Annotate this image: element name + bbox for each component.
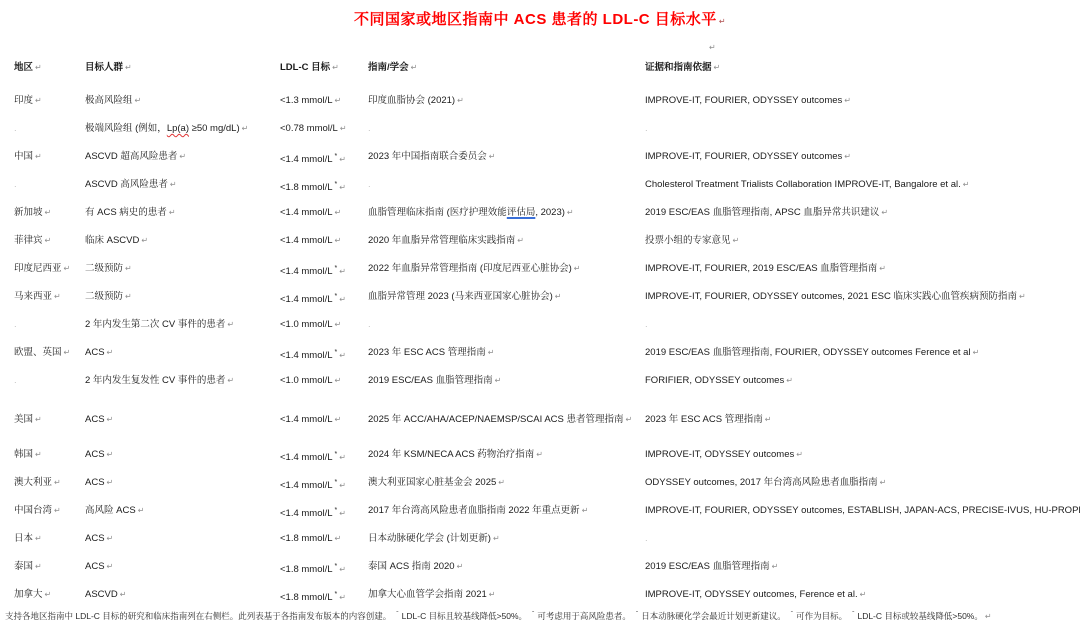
cell-guideline-society: 泰国 ACS 指南 2020↵ [368,561,645,572]
pilcrow-mark: ↵ [574,264,581,273]
cell-target-population: 二级预防↵ [85,263,280,274]
pilcrow-mark: ↵ [35,534,42,543]
cell-guideline-society: 2022 年血脂异常管理指南 (印度尼西亚心脏协会)↵ [368,263,645,274]
table-row: 马来西亚↵ 二级预防↵ <1.4 mmol/L*↵ 血脂异常管理 2023 (马… [14,291,1080,319]
pilcrow-mark: ↵ [335,320,342,329]
table-row: 日本↵ ACS↵ <1.8 mmol/L↵ 日本动脉硬化学会 (计划更新)↵ .… [14,533,1080,561]
cell-guideline-society: 日本动脉硬化学会 (计划更新)↵ [368,533,645,544]
cell-ldl-target: <1.4 mmol/L↵ [280,235,368,246]
cell-region: .↵ [14,179,85,190]
footnote-text: LDL-C 目标且较基线降低>50%。 [402,611,527,621]
pilcrow-mark: ↵ [489,152,496,161]
pilcrow-mark: ↵ [339,295,346,304]
pilcrow-mark: ↵ [227,320,234,329]
pilcrow-mark: ↵ [35,152,42,161]
cell-ldl-target: <1.8 mmol/L*↵ [280,179,368,193]
table-row: 印度尼西亚↵ 二级预防↵ <1.4 mmol/L*↵ 2022 年血脂异常管理指… [14,263,1080,291]
pilcrow-mark: ↵ [125,264,132,273]
cell-target-population: ASCVD↵ [85,589,280,600]
pilcrow-mark: ↵ [107,415,114,424]
footnote-text: LDL-C 目标或较基线降低>50%。 [857,611,982,621]
pilcrow-mark: ↵ [411,63,418,72]
pilcrow-mark: ↵ [335,96,342,105]
cell-guideline-society: 2024 年 KSM/NECA ACS 药物治疗指南↵ [368,449,645,460]
table-row: 印度↵ 极高风险组↵ <1.3 mmol/L↵ 印度血脂协会 (2021)↵ I… [14,95,1080,123]
pilcrow-mark: ↵ [339,453,346,462]
pilcrow-mark: ↵ [179,152,186,161]
pilcrow-mark: ↵ [335,236,342,245]
pilcrow-mark: ↵ [138,506,145,515]
pilcrow-mark: ↵ [714,63,721,72]
table-header-row: 地区↵ 目标人群↵ LDL-C 目标↵ 指南/学会↵ 证据和指南依据↵ [14,62,1080,95]
cell-guideline-society: 2025 年 ACC/AHA/ACEP/NAEMSP/SCAI ACS 患者管理… [368,414,645,425]
pilcrow-mark: ↵ [844,152,851,161]
footnote-text: 可考虑用于高风险患者。 [537,611,631,621]
cell-ldl-target: <1.0 mmol/L↵ [280,375,368,386]
pilcrow-mark: ↵ [54,292,61,301]
table-row: .↵ ASCVD 高风险患者↵ <1.8 mmol/L*↵ .↵ Cholest… [14,179,1080,207]
cell-region: 泰国↵ [14,561,85,572]
ldl-target-table: 地区↵ 目标人群↵ LDL-C 目标↵ 指南/学会↵ 证据和指南依据↵ 印度↵ … [14,62,1080,617]
pilcrow-mark: ↵ [880,478,887,487]
table-row: 新加坡↵ 有 ACS 病史的患者↵ <1.4 mmol/L↵ 血脂管理临床指南 … [14,207,1080,235]
table-row: 欧盟、英国↵ ACS↵ <1.4 mmol/L*↵ 2023 年 ESC ACS… [14,347,1080,375]
cell-ldl-target: <1.4 mmol/L*↵ [280,151,368,165]
cell-guideline-society: 2020 年血脂异常管理临床实践指南↵ [368,235,645,246]
cell-target-population: ACS↵ [85,561,280,572]
cell-evidence: IMPROVE-IT, FOURIER, ODYSSEY outcomes, 2… [645,291,1080,302]
cell-evidence: ODYSSEY outcomes, 2017 年台湾高风险患者血脂指南↵ [645,477,1080,488]
footnote-text: 支持各地区指南中 LDL-C 目标的研究和临床指南列在右侧栏。此列表基于各指南发… [5,611,391,621]
cell-region: 中国↵ [14,151,85,162]
pilcrow-mark: ↵ [35,450,42,459]
cell-guideline-society: .↵ [368,319,645,330]
pilcrow-mark: ↵ [135,96,142,105]
cell-ldl-target: <1.4 mmol/L*↵ [280,449,368,463]
table-row: 中国台湾↵ 高风险 ACS↵ <1.4 mmol/L*↵ 2017 年台湾高风险… [14,505,1080,533]
table-row: 中国↵ ASCVD 超高风险患者↵ <1.4 mmol/L*↵ 2023 年中国… [14,151,1080,179]
pilcrow-mark: ↵ [495,376,502,385]
cell-region: 加拿大↵ [14,589,85,600]
document-page: 不同国家或地区指南中 ACS 患者的 LDL-C 目标水平↵ ↵ 地区↵ 目标人… [0,0,1080,629]
pilcrow-mark: ↵ [517,236,524,245]
pilcrow-mark: ↵ [125,292,132,301]
pilcrow-mark: ↵ [719,17,726,26]
cell-target-population: 2 年内发生第二次 CV 事件的患者↵ [85,319,280,330]
footnote-text: 日本动脉硬化学会最近计划更新建议。 [641,611,786,621]
cell-target-population: 极高风险组↵ [85,95,280,106]
pilcrow-mark: ↵ [120,590,127,599]
table-row: 泰国↵ ACS↵ <1.8 mmol/L*↵ 泰国 ACS 指南 2020↵ 2… [14,561,1080,589]
pilcrow-mark: ↵ [860,590,867,599]
cell-region: 新加坡↵ [14,207,85,218]
cell-evidence: IMPROVE-IT, ODYSSEY outcomes↵ [645,449,1080,460]
pilcrow-mark: ↵ [125,63,132,72]
pilcrow-mark: ↵ [786,376,793,385]
cell-target-population: 临床 ASCVD↵ [85,235,280,246]
footnote-marker: ˉ [532,611,534,618]
header-evidence: 证据和指南依据↵ [645,62,1080,73]
pilcrow-mark: ↵ [339,351,346,360]
cell-target-population: ACS↵ [85,533,280,544]
pilcrow-mark: ↵ [64,348,71,357]
header-population: 目标人群↵ [85,62,280,73]
pilcrow-mark: ↵ [169,208,176,217]
pilcrow-mark: ↵ [64,264,71,273]
pilcrow-mark: ↵ [35,415,42,424]
footnote-marker: ˉ [852,611,854,618]
header-ldl-target: LDL-C 目标↵ [280,62,368,73]
pilcrow-mark: ↵ [488,348,495,357]
pilcrow-mark: ↵ [963,180,970,189]
cell-evidence: 投票小组的专家意见↵ [645,235,1080,246]
cell-ldl-target: <1.4 mmol/L*↵ [280,347,368,361]
footnote-marker: ˉ [396,611,398,618]
pilcrow-mark: ↵ [567,208,574,217]
cell-evidence: FORIFIER, ODYSSEY outcomes↵ [645,375,1080,386]
pilcrow-mark: ↵ [555,292,562,301]
cell-region: 印度↵ [14,95,85,106]
pilcrow-mark: ↵ [339,565,346,574]
cell-target-population: 2 年内发生复发性 CV 事件的患者↵ [85,375,280,386]
page-title: 不同国家或地区指南中 ACS 患者的 LDL-C 目标水平↵ [0,8,1080,29]
pilcrow-mark: ↵ [1019,292,1026,301]
pilcrow-mark: ↵ [489,590,496,599]
cell-evidence: .↵ [645,533,1080,544]
cell-guideline-society: .↵ [368,179,645,190]
pilcrow-mark: ↵ [457,562,464,571]
pilcrow-mark: ↵ [339,481,346,490]
table-body: 印度↵ 极高风险组↵ <1.3 mmol/L↵ 印度血脂协会 (2021)↵ I… [14,95,1080,617]
pilcrow-mark: ↵ [796,450,803,459]
page-title-text: 不同国家或地区指南中 ACS 患者的 LDL-C 目标水平 [354,11,717,28]
pilcrow-mark: ↵ [107,348,114,357]
cell-region: 菲律宾↵ [14,235,85,246]
cell-guideline-society: 2023 年中国指南联合委员会↵ [368,151,645,162]
pilcrow-mark: ↵ [54,506,61,515]
pilcrow-mark: ↵ [879,264,886,273]
cell-region: 韩国↵ [14,449,85,460]
pilcrow-mark: ↵ [709,43,716,52]
header-guideline-society: 指南/学会↵ [368,62,645,73]
cell-target-population: ACS↵ [85,449,280,460]
pilcrow-mark: ↵ [881,208,888,217]
pilcrow-mark: ↵ [339,509,346,518]
pilcrow-mark: ↵ [170,180,177,189]
pilcrow-mark: ↵ [45,236,52,245]
cell-evidence: 2023 年 ESC ACS 管理指南↵ [645,414,1080,425]
header-region: 地区↵ [14,62,85,73]
pilcrow-mark: ↵ [340,124,347,133]
cell-target-population: 有 ACS 病史的患者↵ [85,207,280,218]
cell-guideline-society: 2023 年 ESC ACS 管理指南↵ [368,347,645,358]
cell-region: 中国台湾↵ [14,505,85,516]
cell-ldl-target: <0.78 mmol/L↵ [280,123,368,134]
cell-region: 美国↵ [14,414,85,425]
table-row: 澳大利亚↵ ACS↵ <1.4 mmol/L*↵ 澳大利亚国家心脏基金会 202… [14,477,1080,505]
pilcrow-mark: ↵ [141,236,148,245]
cell-ldl-target: <1.8 mmol/L↵ [280,533,368,544]
cell-evidence: IMPROVE-IT, FOURIER, 2019 ESC/EAS 血脂管理指南… [645,263,1080,274]
pilcrow-mark: ↵ [339,155,346,164]
cell-evidence: Cholesterol Treatment Trialists Collabor… [645,179,1080,190]
cell-evidence: 2019 ESC/EAS 血脂管理指南, FOURIER, ODYSSEY ou… [645,347,1080,358]
cell-target-population: 高风险 ACS↵ [85,505,280,516]
pilcrow-mark: ↵ [35,63,42,72]
cell-ldl-target: <1.8 mmol/L*↵ [280,561,368,575]
pilcrow-mark: ↵ [335,534,342,543]
pilcrow-mark: ↵ [733,236,740,245]
pilcrow-mark: ↵ [339,267,346,276]
cell-evidence: .↵ [645,319,1080,330]
table-row: 美国↵ ACS↵ <1.4 mmol/L↵ 2025 年 ACC/AHA/ACE… [14,414,1080,442]
cell-evidence: IMPROVE-IT, FOURIER, ODYSSEY outcomes↵ [645,151,1080,162]
pilcrow-mark: ↵ [498,478,505,487]
pilcrow-mark: ↵ [772,562,779,571]
table-row: 韩国↵ ACS↵ <1.4 mmol/L*↵ 2024 年 KSM/NECA A… [14,449,1080,477]
pilcrow-mark: ↵ [335,415,342,424]
table-row: 菲律宾↵ 临床 ASCVD↵ <1.4 mmol/L↵ 2020 年血脂异常管理… [14,235,1080,263]
cell-guideline-society: 澳大利亚国家心脏基金会 2025↵ [368,477,645,488]
cell-region: 印度尼西亚↵ [14,263,85,274]
footnote-marker: ˉ [791,611,793,618]
cell-ldl-target: <1.4 mmol/L*↵ [280,291,368,305]
cell-evidence: 2019 ESC/EAS 血脂管理指南, APSC 血脂异常共识建议↵ [645,207,1080,218]
cell-target-population: ACS↵ [85,347,280,358]
cell-evidence: IMPROVE-IT, ODYSSEY outcomes, Ference et… [645,589,1080,600]
pilcrow-mark: ↵ [582,506,589,515]
pilcrow-mark: ↵ [457,96,464,105]
cell-guideline-society: 印度血脂协会 (2021)↵ [368,95,645,106]
pilcrow-mark: ↵ [332,63,339,72]
cell-target-population: ASCVD 超高风险患者↵ [85,151,280,162]
cell-region: .↵ [14,375,85,386]
cell-ldl-target: <1.4 mmol/L*↵ [280,263,368,277]
cell-region: 澳大利亚↵ [14,477,85,488]
pilcrow-mark: ↵ [242,124,249,133]
cell-ldl-target: <1.0 mmol/L↵ [280,319,368,330]
pilcrow-mark: ↵ [339,183,346,192]
table-row: .↵ 极端风险组 (例如，Lp(a) ≥50 mg/dL)↵ <0.78 mmo… [14,123,1080,151]
pilcrow-mark: ↵ [107,562,114,571]
cell-evidence: 2019 ESC/EAS 血脂管理指南↵ [645,561,1080,572]
cell-region: .↵ [14,123,85,134]
pilcrow-mark: ↵ [536,450,543,459]
footnote-marker: ˉ [636,611,638,618]
table-row: .↵ 2 年内发生第二次 CV 事件的患者↵ <1.0 mmol/L↵ .↵ .… [14,319,1080,347]
footnote-text: 可作为目标。 [796,611,847,621]
pilcrow-mark: ↵ [107,534,114,543]
cell-ldl-target: <1.4 mmol/L↵ [280,207,368,218]
cell-ldl-target: <1.4 mmol/L↵ [280,414,368,425]
table-row: .↵ 2 年内发生复发性 CV 事件的患者↵ <1.0 mmol/L↵ 2019… [14,375,1080,403]
pilcrow-mark: ↵ [45,590,52,599]
footnote-line: 支持各地区指南中 LDL-C 目标的研究和临床指南列在右侧栏。此列表基于各指南发… [5,609,1079,623]
cell-ldl-target: <1.3 mmol/L↵ [280,95,368,106]
cell-region: .↵ [14,319,85,330]
pilcrow-mark: ↵ [45,208,52,217]
pilcrow-mark: ↵ [335,376,342,385]
pilcrow-mark: ↵ [985,612,992,621]
pilcrow-mark: ↵ [35,96,42,105]
cell-ldl-target: <1.4 mmol/L*↵ [280,505,368,519]
pilcrow-mark: ↵ [54,478,61,487]
pilcrow-mark: ↵ [973,348,980,357]
pilcrow-mark: ↵ [35,562,42,571]
cell-guideline-society: 2019 ESC/EAS 血脂管理指南↵ [368,375,645,386]
pilcrow-mark: ↵ [227,376,234,385]
cell-ldl-target: <1.8 mmol/L*↵ [280,589,368,603]
cell-ldl-target: <1.4 mmol/L*↵ [280,477,368,491]
pilcrow-mark: ↵ [493,534,500,543]
pilcrow-mark: ↵ [626,415,633,424]
cell-evidence: .↵ [645,123,1080,134]
cell-target-population: ACS↵ [85,414,280,425]
pilcrow-mark: ↵ [765,415,772,424]
pilcrow-mark: ↵ [107,478,114,487]
cell-target-population: 二级预防↵ [85,291,280,302]
cell-evidence: IMPROVE-IT, FOURIER, ODYSSEY outcomes, E… [645,505,1080,516]
cell-guideline-society: 血脂异常管理 2023 (马来西亚国家心脏协会)↵ [368,291,645,302]
pilcrow-mark: ↵ [339,593,346,602]
cell-target-population: ASCVD 高风险患者↵ [85,179,280,190]
cell-region: 马来西亚↵ [14,291,85,302]
pilcrow-mark: ↵ [107,450,114,459]
cell-evidence: IMPROVE-IT, FOURIER, ODYSSEY outcomes↵ [645,95,1080,106]
cell-target-population: 极端风险组 (例如，Lp(a) ≥50 mg/dL)↵ [85,123,280,134]
pilcrow-mark: ↵ [844,96,851,105]
cell-guideline-society: 血脂管理临床指南 (医疗护理效能评估局, 2023)↵ [368,207,645,218]
cell-region: 日本↵ [14,533,85,544]
cell-target-population: ACS↵ [85,477,280,488]
cell-region: 欧盟、英国↵ [14,347,85,358]
cell-guideline-society: 2017 年台湾高风险患者血脂指南 2022 年重点更新↵ [368,505,645,516]
cell-guideline-society: 加拿大心血管学会指南 2021↵ [368,589,645,600]
pilcrow-mark: ↵ [335,208,342,217]
cell-guideline-society: .↵ [368,123,645,134]
empty-paragraph: ↵ [707,37,716,55]
